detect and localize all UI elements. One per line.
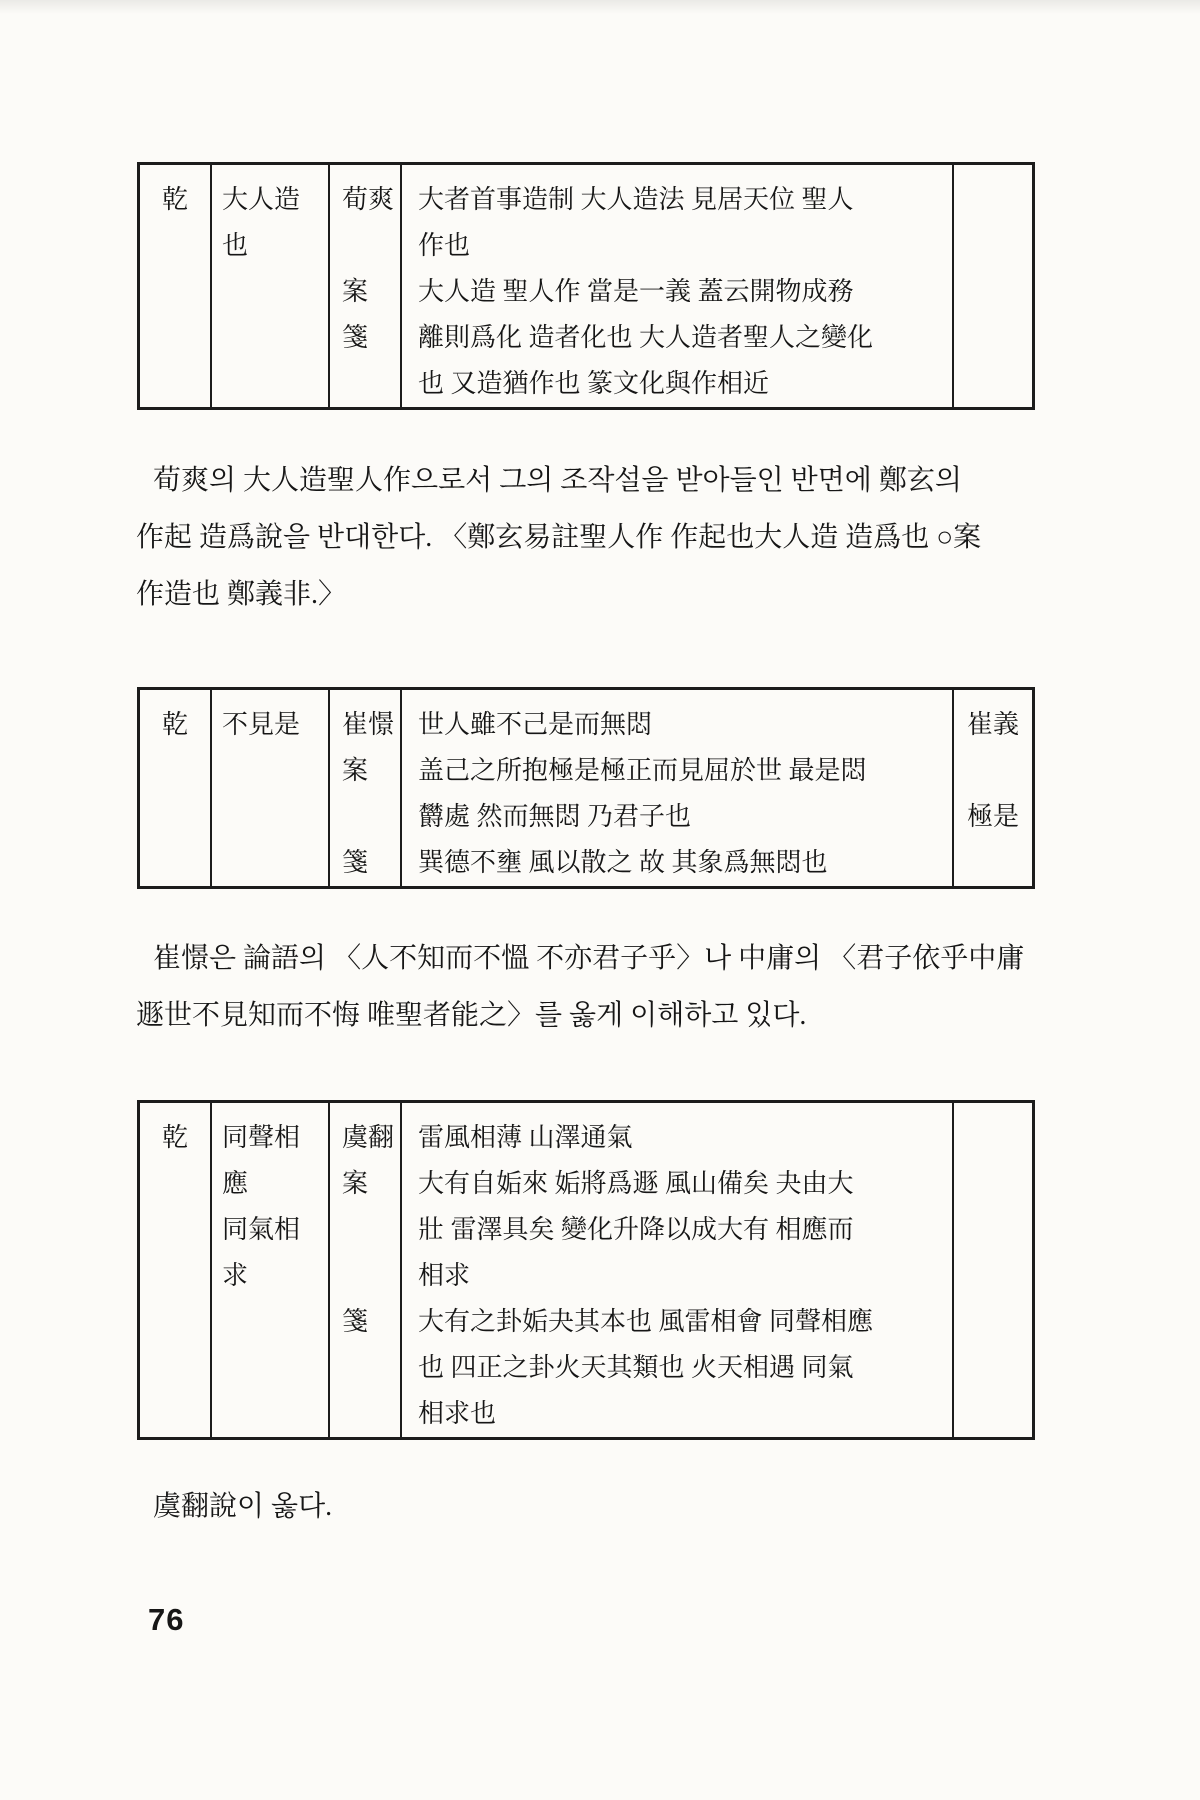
commentary-entry: 崔憬 世人雖不己是而無悶 bbox=[330, 690, 952, 748]
margin-note-cell: 崔義 極是 bbox=[952, 690, 1032, 886]
phrase-cell: 大人造也 bbox=[210, 165, 328, 407]
margin-note-cell bbox=[952, 165, 1032, 407]
closing-remark: 虞翻說이 옳다. bbox=[136, 1478, 1046, 1535]
commentary-text: 大人造 聖人作 當是一義 蓋云開物成務 bbox=[400, 269, 952, 315]
book-page: 乾 大人造也 荀爽 大者首事造制 大人造法 見居天位 聖人 作也 案 大人造 聖… bbox=[0, 0, 1200, 1800]
commentary-entry: 案 盖己之所抱極是極正而見屈於世 最是悶 欝處 然而無悶 乃君子也 bbox=[330, 748, 952, 840]
commentator-label: 案 bbox=[330, 1161, 400, 1299]
commentary-body: 虞翻 雷風相薄 山澤通氣 案 大有自姤來 姤將爲遯 風山備矣 夬由大 壯 雷澤具… bbox=[328, 1103, 952, 1437]
commentary-text: 盖己之所抱極是極正而見屈於世 最是悶 欝處 然而無悶 乃君子也 bbox=[400, 748, 952, 840]
commentator-label: 崔憬 bbox=[330, 690, 400, 748]
commentary-text: 雷風相薄 山澤通氣 bbox=[400, 1103, 952, 1161]
commentator-label: 虞翻 bbox=[330, 1103, 400, 1161]
commentator-label: 案 bbox=[330, 269, 400, 315]
commentary-entry: 案 大有自姤來 姤將爲遯 風山備矣 夬由大 壯 雷澤具矣 變化升降以成大有 相應… bbox=[330, 1161, 952, 1299]
commentary-text: 世人雖不己是而無悶 bbox=[400, 690, 952, 748]
commentary-entry: 荀爽 大者首事造制 大人造法 見居天位 聖人 作也 bbox=[330, 165, 952, 269]
commentator-label: 箋 bbox=[330, 1299, 400, 1437]
commentator-label: 荀爽 bbox=[330, 165, 400, 269]
commentary-entry: 箋 大有之卦姤夬其本也 風雷相會 同聲相應 也 四正之卦火天其類也 火天相遇 同… bbox=[330, 1299, 952, 1437]
commentary-entry: 箋 巽德不壅 風以散之 故 其象爲無悶也 bbox=[330, 840, 952, 886]
commentator-label: 箋 bbox=[330, 315, 400, 407]
commentary-table-3: 乾 同聲相應 同氣相求 虞翻 雷風相薄 山澤通氣 案 大有自姤來 姤將爲遯 風山… bbox=[137, 1100, 1035, 1440]
commentator-label: 箋 bbox=[330, 840, 400, 886]
commentary-table-1: 乾 大人造也 荀爽 大者首事造制 大人造法 見居天位 聖人 作也 案 大人造 聖… bbox=[137, 162, 1035, 410]
commentary-text: 離則爲化 造者化也 大人造者聖人之變化 也 又造猶作也 篆文化與作相近 bbox=[400, 315, 952, 407]
hexagram-cell: 乾 bbox=[140, 690, 210, 886]
commentary-entry: 案 大人造 聖人作 當是一義 蓋云開物成務 bbox=[330, 269, 952, 315]
commentary-text: 大有之卦姤夬其本也 風雷相會 同聲相應 也 四正之卦火天其類也 火天相遇 同氣 … bbox=[400, 1299, 952, 1437]
margin-note: 崔義 bbox=[954, 702, 1032, 748]
page-number: 76 bbox=[148, 1602, 184, 1638]
commentary-body: 荀爽 大者首事造制 大人造法 見居天位 聖人 作也 案 大人造 聖人作 當是一義… bbox=[328, 165, 952, 407]
commentary-table-2: 乾 不見是 崔憬 世人雖不己是而無悶 案 盖己之所抱極是極正而見屈於世 最是悶 … bbox=[137, 687, 1035, 889]
margin-note-cell bbox=[952, 1103, 1032, 1437]
hexagram-cell: 乾 bbox=[140, 165, 210, 407]
commentary-body: 崔憬 世人雖不己是而無悶 案 盖己之所抱極是極正而見屈於世 最是悶 欝處 然而無… bbox=[328, 690, 952, 886]
commentary-text: 巽德不壅 風以散之 故 其象爲無悶也 bbox=[400, 840, 952, 886]
margin-note: 極是 bbox=[954, 794, 1032, 840]
commentary-entry: 箋 離則爲化 造者化也 大人造者聖人之變化 也 又造猶作也 篆文化與作相近 bbox=[330, 315, 952, 407]
commentary-entry: 虞翻 雷風相薄 山澤通氣 bbox=[330, 1103, 952, 1161]
commentary-paragraph-2: 崔憬은 論語의 〈人不知而不慍 不亦君子乎〉나 中庸의 〈君子依乎中庸 遯世不見… bbox=[136, 930, 1046, 1044]
phrase-cell: 不見是 bbox=[210, 690, 328, 886]
commentary-paragraph-1: 荀爽의 大人造聖人作으로서 그의 조작설을 받아들인 반면에 鄭玄의 作起 造爲… bbox=[136, 452, 1046, 623]
commentary-text: 大有自姤來 姤將爲遯 風山備矣 夬由大 壯 雷澤具矣 變化升降以成大有 相應而 … bbox=[400, 1161, 952, 1299]
hexagram-cell: 乾 bbox=[140, 1103, 210, 1437]
commentator-label: 案 bbox=[330, 748, 400, 840]
commentary-text: 大者首事造制 大人造法 見居天位 聖人 作也 bbox=[400, 165, 952, 269]
phrase-cell: 同聲相應 同氣相求 bbox=[210, 1103, 328, 1437]
